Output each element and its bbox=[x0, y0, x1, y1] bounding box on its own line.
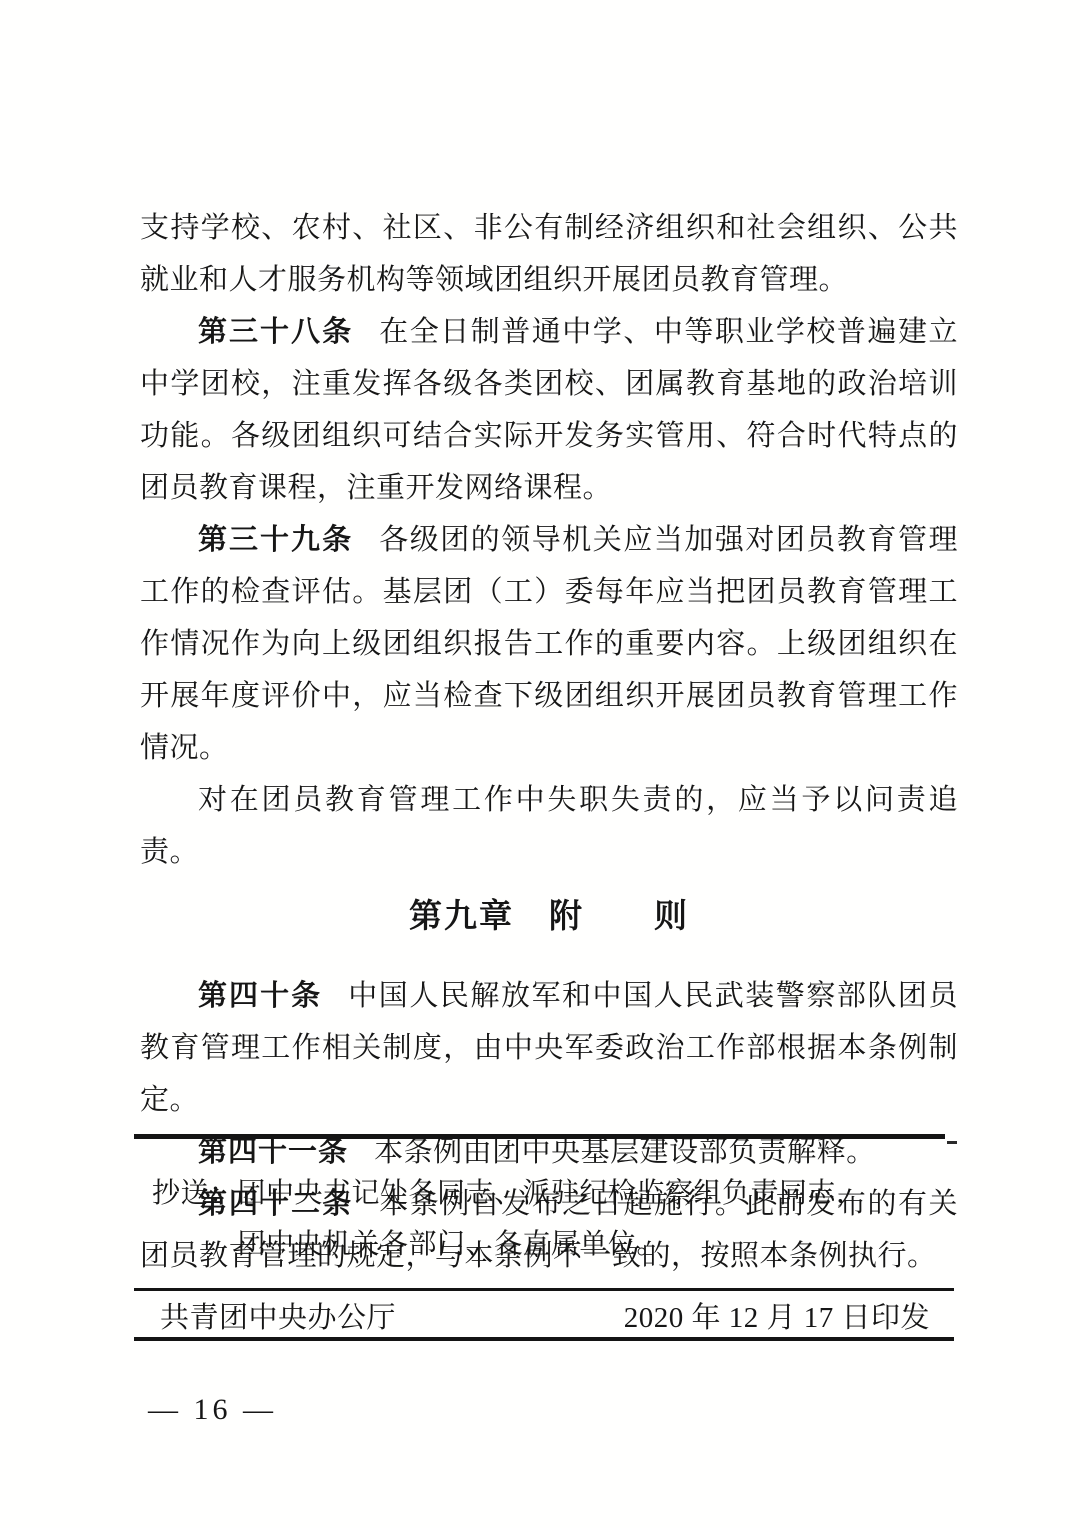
document-page: 支持学校、农村、社区、非公有制经济组织和社会组织、公共就业和人才服务机构等领域团… bbox=[0, 0, 1080, 1528]
paragraph-accountability: 对在团员教育管理工作中失职失责的，应当予以问责追责。 bbox=[140, 774, 958, 878]
issuer-row: 共青团中央办公厅 2020 年 12 月 17 日印发 bbox=[160, 1298, 930, 1338]
document-body: 支持学校、农村、社区、非公有制经济组织和社会组织、公共就业和人才服务机构等领域团… bbox=[140, 202, 958, 1282]
print-date: 2020 年 12 月 17 日印发 bbox=[624, 1298, 930, 1338]
footer-rule-lower bbox=[134, 1337, 954, 1341]
footer-rule-upper bbox=[134, 1288, 954, 1291]
page-number: — 16 — bbox=[148, 1392, 277, 1428]
article-39-label: 第三十九条 bbox=[198, 524, 353, 556]
copy-to-label: 抄送： bbox=[152, 1168, 238, 1219]
paragraph-article-40: 第四十条中国人民解放军和中国人民武装警察部队团员教育管理工作相关制度，由中央军委… bbox=[140, 970, 958, 1126]
paragraph-article-38: 第三十八条在全日制普通中学、中等职业学校普遍建立中学团校，注重发挥各级各类团校、… bbox=[140, 306, 958, 514]
copy-to-block: 抄送： 团中央书记处各同志、派驻纪检监察组负责同志， 团中央机关各部门、各直属单… bbox=[152, 1168, 952, 1270]
article-38-label: 第三十八条 bbox=[198, 316, 353, 348]
chapter-heading: 第九章 附 则 bbox=[140, 892, 958, 940]
separator-rule-top bbox=[134, 1134, 945, 1139]
article-41-text: 本条例由团中央基层建设部负责解释。 bbox=[374, 1136, 876, 1168]
paragraph-continuation: 支持学校、农村、社区、非公有制经济组织和社会组织、公共就业和人才服务机构等领域团… bbox=[140, 202, 958, 306]
paragraph-article-39: 第三十九条各级团的领导机关应当加强对团员教育管理工作的检查评估。基层团（工）委每… bbox=[140, 514, 958, 774]
article-41-label: 第四十一条 bbox=[198, 1136, 348, 1168]
copy-to-line-2: 团中央机关各部门、各直属单位。 bbox=[238, 1219, 865, 1270]
article-40-label: 第四十条 bbox=[198, 980, 322, 1012]
copy-to-lines: 团中央书记处各同志、派驻纪检监察组负责同志， 团中央机关各部门、各直属单位。 bbox=[238, 1168, 865, 1270]
copy-to-line-1: 团中央书记处各同志、派驻纪检监察组负责同志， bbox=[238, 1168, 865, 1219]
article-39-text: 各级团的领导机关应当加强对团员教育管理工作的检查评估。基层团（工）委每年应当把团… bbox=[140, 524, 958, 764]
issuing-office: 共青团中央办公厅 bbox=[160, 1298, 396, 1338]
